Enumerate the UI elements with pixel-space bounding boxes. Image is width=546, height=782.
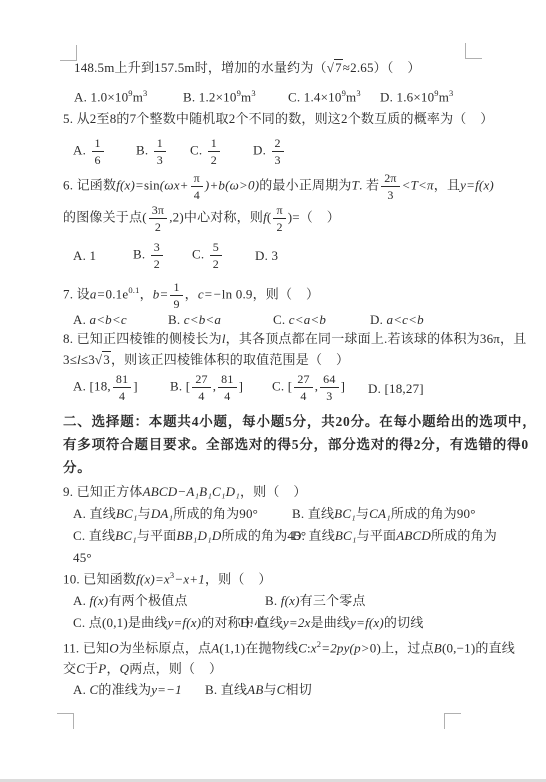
question-8-option-b: B. [274,814] [170, 373, 243, 402]
question-6-option-a: A. 1 [73, 248, 96, 264]
question-11-option-b: B. 直线AB与C相切 [205, 682, 312, 698]
question-5-stem: 5. 从2至8的7个整数中随机取2个不同的数，则这2个数互质的概率为（ ） [63, 111, 494, 127]
question-5-option-d: D. 23 [253, 137, 286, 166]
question-7-option-b: B. c<b<a [168, 312, 221, 328]
question-9-stem: 9. 已知正方体ABCD−A₁B₁C₁D₁，则（ ） [63, 484, 307, 500]
question-4-stem-continued: 148.5m上升到157.5m时，增加的水量约为（√7≈2.65）（ ） [74, 60, 421, 76]
question-9-option-d: D. 直线BC₁与平面ABCD所成的角为 [292, 528, 497, 544]
question-10-option-d: D. 直线y=2x是曲线y=f(x)的切线 [240, 615, 424, 631]
question-6-option-d: D. 3 [255, 248, 278, 264]
question-6-stem-line-1: 6. 记函数f(x)=sin(ωx+π4)+b(ω>0)的最小正周期为T. 若2… [63, 172, 494, 201]
question-9-option-d-continued: 45° [73, 550, 92, 566]
question-11-option-a: A. C的准线为y=−1 [73, 682, 182, 698]
question-8-option-d: D. [18,27] [368, 381, 424, 397]
question-9-option-a: A. 直线BC₁与DA₁所成的角为90° [73, 506, 258, 522]
crop-mark-top-left [60, 45, 77, 61]
question-9-option-b: B. 直线BC₁与CA₁所成的角为90° [292, 506, 476, 522]
question-4-option-b: B. 1.2×109m3 [183, 88, 256, 106]
question-5-option-a: A. 16 [73, 137, 106, 166]
question-11-stem-line-2: 交C于P，Q两点，则（ ） [63, 661, 222, 677]
question-10-option-b: B. f(x)有三个零点 [265, 593, 366, 609]
crop-mark-bottom-left [57, 713, 74, 729]
question-4-option-d: D. 1.6×109m3 [380, 88, 454, 106]
question-7-option-c: C. c<a<b [273, 312, 326, 328]
question-10-option-a: A. f(x)有两个极值点 [73, 593, 188, 609]
exam-paper-page: 148.5m上升到157.5m时，增加的水量约为（√7≈2.65）（ ） A. … [0, 0, 546, 782]
question-6-option-c: C. 52 [192, 241, 224, 270]
question-8-option-c: C. [274,643] [272, 373, 345, 402]
question-6-option-b: B. 32 [133, 241, 165, 270]
question-4-option-c: C. 1.4×109m3 [288, 88, 361, 106]
question-7-option-d: D. a<c<b [370, 312, 424, 328]
question-5-option-b: B. 13 [136, 137, 168, 166]
question-6-stem-line-2: 的图像关于点(3π2,2)中心对称，则f(π2)=（ ） [63, 204, 340, 233]
section-2-header-line-2: 有多项符合题目要求。全部选对的得5分，部分选对的得2分，有选错的得0 [63, 437, 529, 454]
crop-mark-bottom-right [444, 713, 461, 729]
question-7-stem: 7. 设a=0.1e0.1，b=19，c=−ln 0.9，则（ ） [63, 281, 319, 310]
section-2-header-line-1: 二、选择题：本题共4小题，每小题5分，共20分。在每小题给出的选项中， [63, 414, 537, 431]
crop-mark-top-right [465, 43, 482, 59]
question-10-option-c: C. 点(0,1)是曲线y=f(x)的对称中心 [73, 615, 267, 631]
question-8-option-a: A. [18,814] [73, 373, 138, 402]
question-4-option-a: A. 1.0×109m3 [74, 88, 148, 106]
question-8-stem-line-1: 8. 已知正四棱锥的侧棱长为l，其各顶点都在同一球面上.若该球的体积为36π，且 [63, 331, 526, 347]
question-5-option-c: C. 12 [190, 137, 222, 166]
question-7-option-a: A. a<b<c [73, 312, 127, 328]
section-2-header-line-3: 分。 [63, 460, 92, 477]
question-11-stem-line-1: 11. 已知O为坐标原点，点A(1,1)在抛物线C:x2=2py(p>0)上，过… [63, 639, 515, 657]
question-10-stem: 10. 已知函数f(x)=x3−x+1，则（ ） [63, 570, 272, 588]
question-8-stem-line-2: 3≤l≤3√3，则该正四棱锥体积的取值范围是（ ） [63, 352, 349, 368]
question-9-option-c: C. 直线BC₁与平面BB₁D₁D所成的角为45° [73, 528, 306, 544]
